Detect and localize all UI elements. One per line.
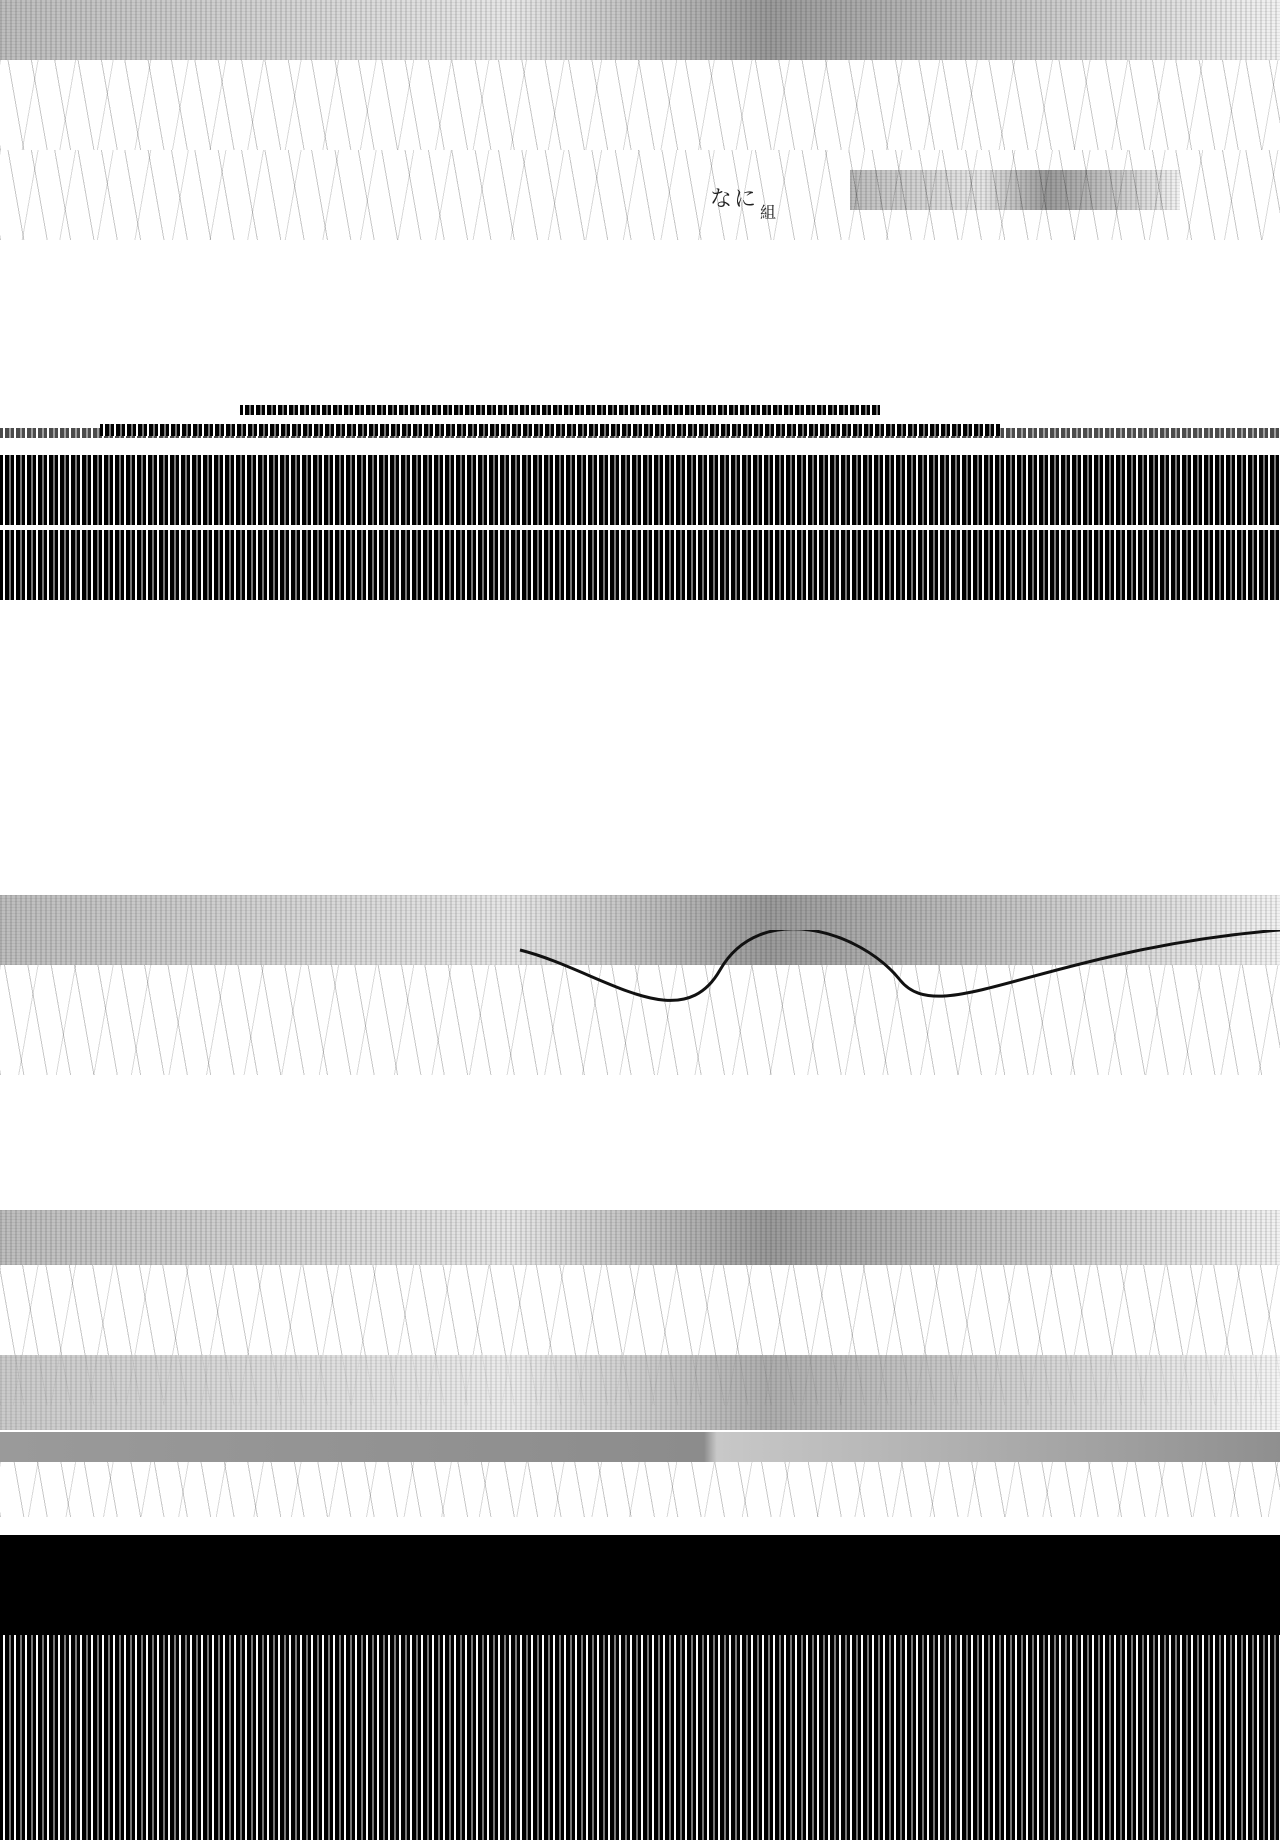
glitch-band-text-row-3 xyxy=(100,424,1000,436)
sketch-region-upper xyxy=(0,150,1280,240)
glitch-band-dense-2 xyxy=(0,530,1280,600)
sketch-region-bottom xyxy=(0,1462,1280,1517)
glitch-band-lower-1 xyxy=(0,1210,1280,1265)
black-block xyxy=(0,1535,1280,1635)
sketch-region-top xyxy=(0,60,1280,150)
glitch-band-bottom-1 xyxy=(0,1635,1280,1700)
gray-tone-bar xyxy=(0,1432,1280,1462)
glitch-band-lower-2 xyxy=(0,1355,1280,1430)
glitch-band-dense-1 xyxy=(0,455,1280,525)
glitch-band-text-row-1 xyxy=(240,405,880,415)
glitch-band-top xyxy=(0,0,1280,60)
wave-line-art xyxy=(0,930,1280,1010)
glitch-band-bottom-2 xyxy=(0,1700,1280,1840)
text-fragment-1: なに xyxy=(710,182,758,213)
text-fragment-2: 組 xyxy=(760,200,778,223)
